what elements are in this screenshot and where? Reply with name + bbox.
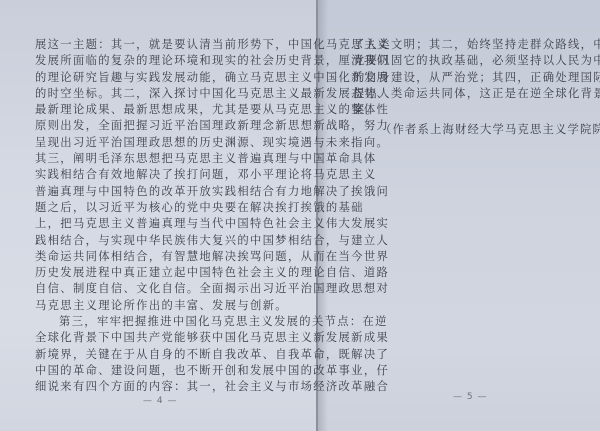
text-line: 新境界，关键在于从自身的不断自我改革、自我革命，既解决了 (35, 347, 389, 363)
text-line: 最新理论成果、最新思想成果，尤其是要从马克思主义的整体性 (35, 102, 389, 118)
paragraph-start-line: 第三，牢牢把握推进中国化马克思主义发展的关节点：在逆 (35, 314, 389, 330)
text-line: 全球化背景下中国共产党能够获中国化马克思主义新发展新成果 (35, 330, 389, 346)
text-line: 发展所面临的复杂的理论环境和现实的社会历史背景，厘清我们 (35, 53, 389, 69)
text-line: 的时空坐标。其二，深入探讨中国化马克思主义最新发展态势、 (35, 86, 389, 102)
text-line: 的自身建设，从严治党；其四，正确处理国际关系，中国共产党 (353, 70, 600, 86)
text-line: 展这一主题：其一，就是要认清当前形势下，中国化马克思主义 (35, 37, 389, 53)
left-page-body: 展这一主题：其一，就是要认清当前形势下，中国化马克思主义 发展所面临的复杂的理论… (35, 37, 389, 396)
text-line: 了人类文明；其二，始终坚持走群众路线，中国共产党作为执政 (353, 37, 600, 53)
text-line: 践相结合，与实现中华民族伟大复兴的中国梦相结合，与建立人 (35, 233, 389, 249)
text-line: 题之后，以习近平为核心的党中央要在解决挨打挨饿的基础 (35, 200, 389, 216)
text-line: 自信、制度自信、文化自信。全面揭示出习近平治国理政思想对 (35, 281, 389, 297)
text-line: 马克思主义理论所作出的丰富、发展与创新。 (35, 298, 389, 314)
text-line: 案。 (353, 102, 600, 118)
right-page-body: 了人类文明；其二，始终坚持走群众路线，中国共产党作为执政 党要巩固它的执政基础，… (353, 37, 600, 118)
page-number-left: — 4 — (143, 396, 177, 406)
text-line: 提出人类命运共同体，这正是在逆全球化背景下提出的中国方 (353, 86, 600, 102)
author-attribution: （作者系上海财经大学马克思主义学院院长、教授） (380, 121, 600, 137)
text-line: 其三，阐明毛泽东思想把马克思主义普遍真理与中国革命具体 (35, 151, 389, 167)
text-line: 原则出发，全面把握习近平治国理政新理念新思想新战略，努力 (35, 118, 389, 134)
text-line: 上，把马克思主义普遍真理与当代中国特色社会主义伟大发展实 (35, 216, 389, 232)
text-line: 普遍真理与中国特色的改革开放实践相结合有力地解决了挨饿问 (35, 184, 389, 200)
text-line: 中国的革命、建设问题，也不断开创和发展中国的改革事业，仔 (35, 363, 389, 379)
page-number-right: — 5 — (453, 392, 487, 402)
text-line: 历史发展进程中真正建立起中国特色社会主义的理论自信、道路 (35, 265, 389, 281)
text-line: 类命运共同体相结合，有智慧地解决挨骂问题，从而在当今世界 (35, 249, 389, 265)
text-line: 呈现出习近平治国理政思想的历史渊源、现实境遇与未来指向。 (35, 135, 389, 151)
text-line: 党要巩固它的执政基础，必须坚持以人民为中心；其三，注重党 (353, 53, 600, 69)
text-line: 细说来有四个方面的内容：其一，社会主义与市场经济改革融合 (35, 379, 389, 395)
text-line: 实践相结合有效地解决了挨打问题，邓小平理论将马克思主义 (35, 167, 389, 183)
text-line: 的理论研究旨趣与实践发展动能，确立马克思主义中国化新发展 (35, 70, 389, 86)
